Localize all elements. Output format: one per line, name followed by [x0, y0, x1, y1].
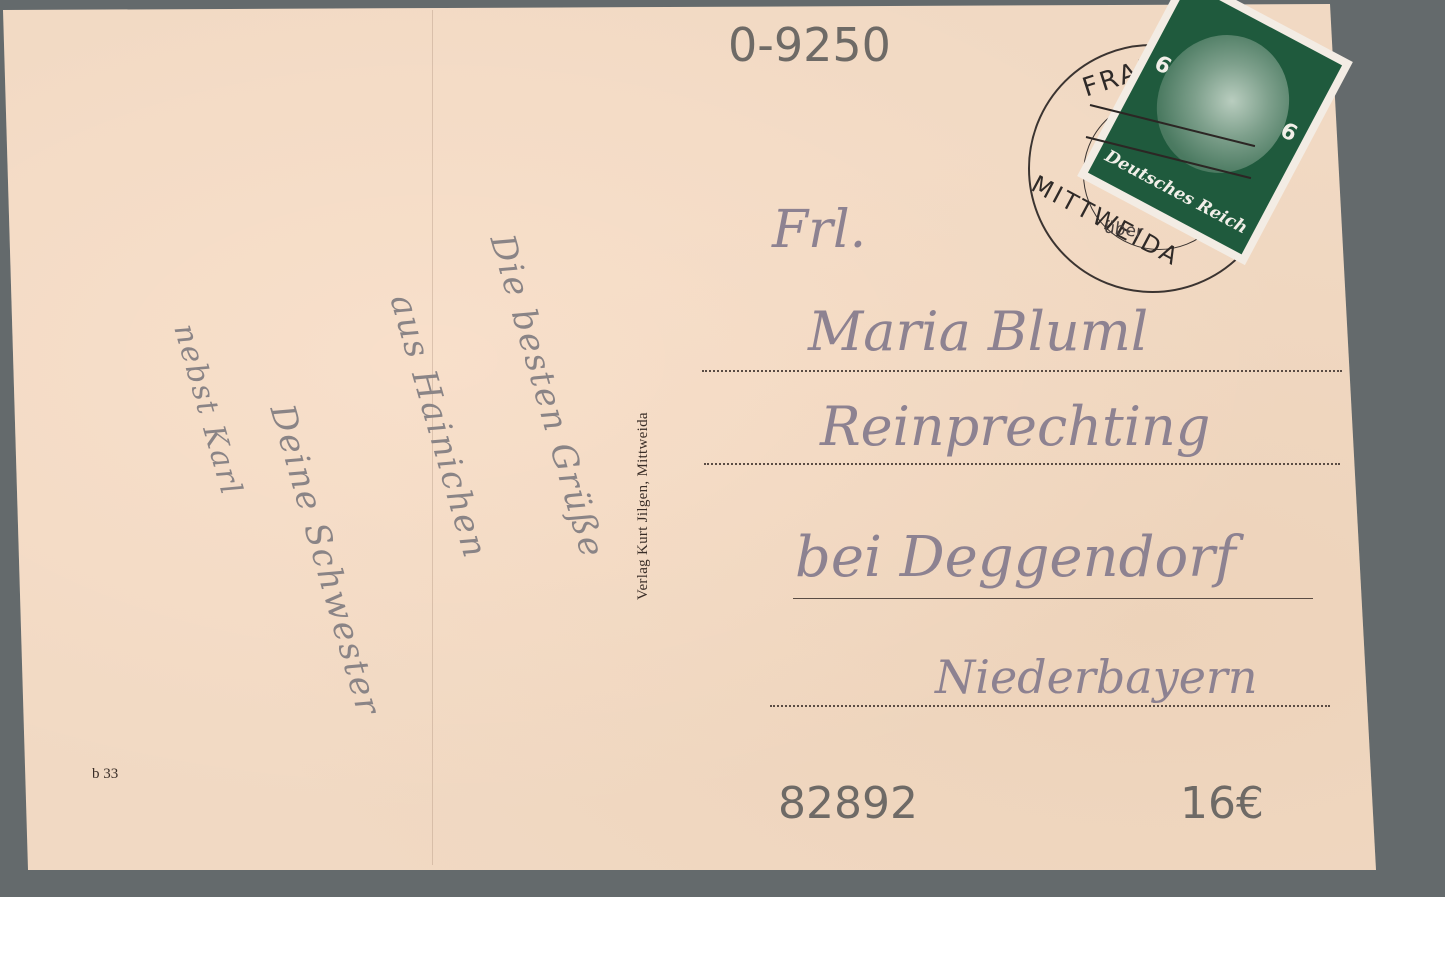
portrait-medallion-icon	[1133, 12, 1314, 197]
address-salutation: Frl.	[772, 200, 866, 260]
address-region: Niederbayern	[935, 650, 1258, 704]
series-code: b 33	[92, 766, 118, 783]
pencil-price: 16€	[1180, 778, 1264, 829]
address-line-1	[702, 370, 1342, 372]
postcard-back: Die besten Grüße aus Hainichen Deine Sch…	[0, 0, 1445, 897]
address-name: Maria Bluml	[808, 300, 1148, 363]
address-town: Reinprechting	[820, 395, 1210, 458]
address-near: bei Deggendorf	[795, 525, 1236, 590]
address-line-4	[770, 705, 1330, 707]
publisher-imprint: Verlag Kurt Jilgen, Mittweida	[635, 412, 652, 600]
pencil-code-top: 0-9250	[728, 18, 891, 72]
address-line-3	[793, 598, 1313, 599]
pencil-code-bottom: 82892	[778, 778, 918, 829]
address-line-2	[704, 463, 1340, 465]
